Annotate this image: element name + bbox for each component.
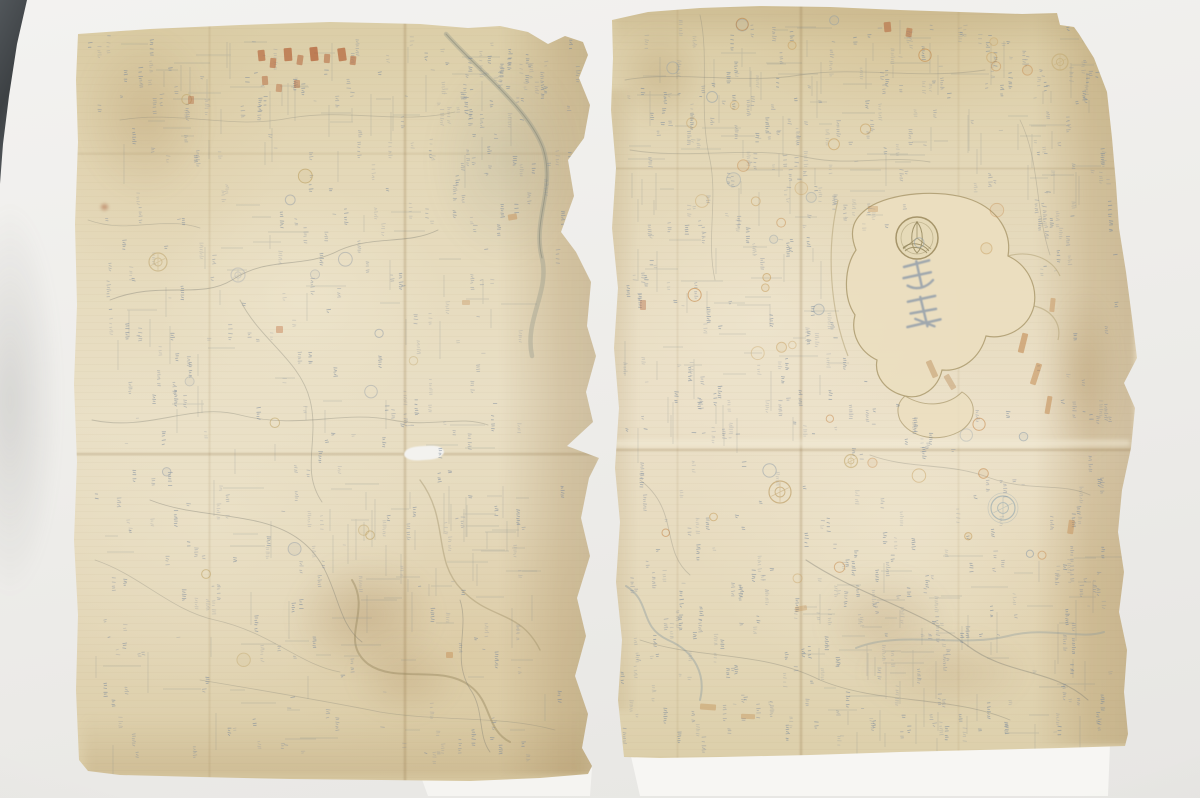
backdrop-edge-shadow bbox=[0, 120, 80, 680]
crest-circle-icon bbox=[231, 268, 245, 282]
photo-of-antique-maps: 御城 bbox=[0, 0, 1200, 798]
temple-circle-marks bbox=[162, 95, 417, 667]
street-grid-lines bbox=[331, 484, 541, 648]
street-grid-lines bbox=[912, 39, 1110, 208]
street-grid-lines bbox=[628, 20, 931, 229]
micro-text-marks bbox=[88, 36, 580, 764]
street-grid-lines bbox=[625, 240, 849, 463]
crest-circle-icon bbox=[1052, 54, 1068, 70]
road-lines bbox=[625, 15, 1104, 720]
crest-circle-icon bbox=[149, 253, 167, 271]
road-lines bbox=[88, 34, 555, 752]
street-grid-lines bbox=[802, 556, 1122, 767]
crest-circle-icon bbox=[991, 496, 1015, 520]
crest-circle-icon bbox=[845, 455, 858, 468]
crest-circle-icon bbox=[769, 481, 791, 503]
street-grid-lines bbox=[96, 480, 545, 775]
micro-text-marks bbox=[621, 20, 1118, 752]
vermilion-marks bbox=[188, 47, 517, 658]
street-grid-lines bbox=[118, 205, 537, 474]
